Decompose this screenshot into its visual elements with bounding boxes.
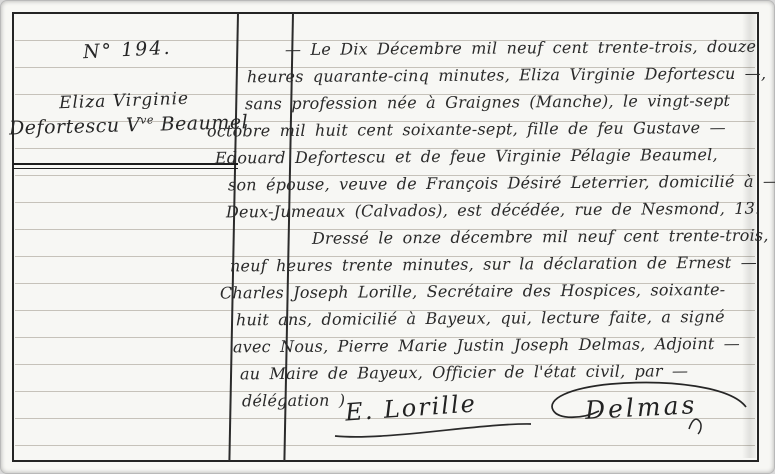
signature-officer: Delmas (584, 390, 698, 425)
scanned-register-page: N° 194. Eliza Virginie Defortescu Vve Be… (0, 0, 775, 474)
act-text: — Le Dix Décembre mil neuf cent trente-t… (1, 38, 775, 416)
